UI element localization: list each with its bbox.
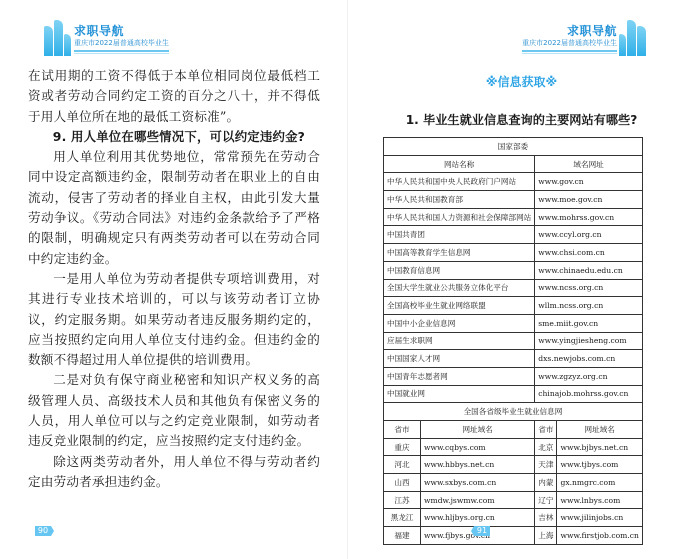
paragraph: 用人单位利用其优势地位，常常预先在劳动合同中设定高额违约金，限制劳动者在职业上的… [28, 147, 320, 269]
table-row: 河北www.hbbys.net.cn天津www.tjbys.com [384, 456, 643, 474]
table-row: 山西www.sxbys.com.cn内蒙gx.nmgrc.com [384, 474, 643, 492]
paragraph: 除这两类劳动者外，用人单位不得与劳动者约定由劳动者承担违约金。 [28, 452, 320, 493]
table-row: 江苏wmdw.jswmw.com辽宁www.lnbys.com [384, 491, 643, 509]
header-subtitle: 重庆市2022届普通高校毕业生 [74, 38, 169, 49]
table-row: 全国高校毕业生就业网络联盟wllm.ncss.org.cn [384, 297, 643, 315]
paragraph: 一是用人单位为劳动者提供专项培训费用，对其进行专业技术培训的，可以与该劳动者订立… [28, 269, 320, 370]
header-underline [74, 50, 169, 52]
table-row: 中华人民共和国教育部www.moe.gov.cn [384, 191, 643, 209]
table-row: 应届生求职网www.yingjiesheng.com [384, 332, 643, 350]
table-row: 福建www.fjbys.gov.cn上海www.firstjob.com.cn [384, 527, 643, 545]
column-header: 网址域名 [557, 421, 642, 439]
table-row: 全国大学生就业公共服务立体化平台www.ncss.org.cn [384, 279, 643, 297]
paragraph-continuation: 在试用期的工资不得低于本单位相同岗位最低档工资或者劳动合同约定工资的百分之八十，… [28, 66, 320, 127]
table-row: 中华人民共和国中央人民政府门户网站www.gov.cn [384, 173, 643, 191]
left-page: 求职导航 重庆市2022届普通高校毕业生 在试用期的工资不得低于本单位相同岗位最… [0, 0, 347, 559]
table-section-title: 国家部委 [384, 138, 643, 156]
header-logo-left: 求职导航 重庆市2022届普通高校毕业生 [44, 20, 164, 60]
header-title: 求职导航 [522, 24, 617, 38]
article-body: 在试用期的工资不得低于本单位相同岗位最低档工资或者劳动合同约定工资的百分之八十，… [28, 66, 320, 492]
table-row: 中国国家人才网dxs.newjobs.com.cn [384, 350, 643, 368]
table-section-title: 全国各省级毕业生就业信息网 [384, 403, 643, 421]
column-header: 省市 [384, 421, 421, 439]
section-title: ※信息获取※ [348, 73, 695, 90]
table-row: 中华人民共和国人力资源和社会保障部网站www.mohrss.gov.cn [384, 208, 643, 226]
table-row: 中国高等教育学生信息网www.chsi.com.cn [384, 244, 643, 262]
column-header: 网站名称 [384, 155, 535, 173]
paragraph: 二是对负有保守商业秘密和知识产权义务的高级管理人员、高级技术人员和其他负有保密义… [28, 370, 320, 451]
table-row: 中国中小企业信息网sme.miit.gov.cn [384, 314, 643, 332]
table-row: 中国教育信息网www.chinaedu.edu.cn [384, 261, 643, 279]
header-underline [522, 50, 617, 52]
table-row: 黑龙江www.hljbys.org.cn吉林www.jilinjobs.cn [384, 509, 643, 527]
building-logo-icon [619, 20, 647, 56]
question-heading: 9. 用人单位在哪些情况下，可以约定违约金? [28, 127, 320, 147]
building-logo-icon [44, 20, 72, 56]
column-header: 省市 [535, 421, 557, 439]
header-title: 求职导航 [74, 24, 169, 38]
table-row: 重庆www.cqbys.com北京www.bjbys.net.cn [384, 438, 643, 456]
table-row: 中国青年志愿者网www.zgzyz.org.cn [384, 367, 643, 385]
websites-table: 国家部委 网站名称 域名网址 中华人民共和国中央人民政府门户网站www.gov.… [383, 137, 643, 545]
table-row: 中国共青团www.ccyl.org.cn [384, 226, 643, 244]
column-header: 网址域名 [421, 421, 535, 439]
question-heading: 1. 毕业生就业信息查询的主要网站有哪些? [348, 111, 695, 128]
page-number: 91 [474, 526, 490, 536]
header-subtitle: 重庆市2022届普通高校毕业生 [522, 38, 617, 49]
right-page: 求职导航 重庆市2022届普通高校毕业生 ※信息获取※ 1. 毕业生就业信息查询… [348, 0, 695, 559]
column-header: 域名网址 [535, 155, 643, 173]
header-logo-right: 求职导航 重庆市2022届普通高校毕业生 [527, 20, 647, 60]
page-number: 90 [35, 526, 51, 536]
table-row: 中国就业网chinajob.mohrss.gov.cn [384, 385, 643, 403]
